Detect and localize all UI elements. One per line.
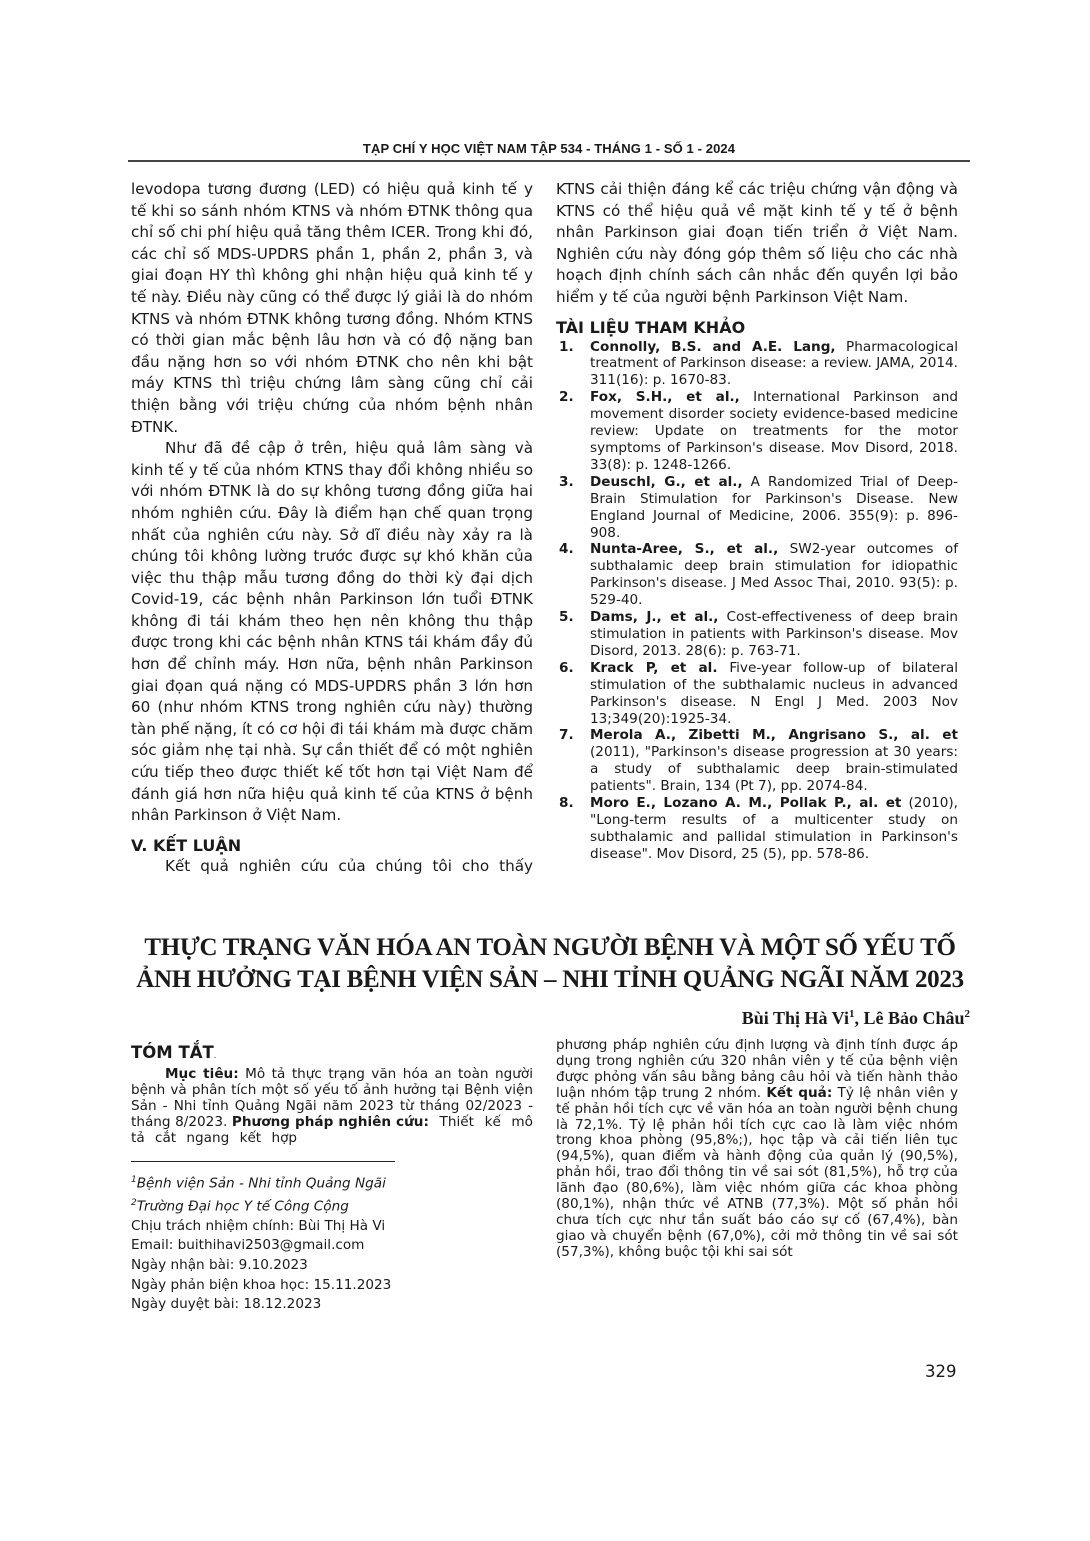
footnotes: 1Bệnh viện Sản - Nhi tỉnh Quảng Ngãi 2Tr… (131, 1171, 533, 1315)
reference-number: 8. (559, 795, 574, 812)
affiliation-text: Trường Đại học Y tế Công Cộng (137, 1198, 349, 1214)
running-header: TẠP CHÍ Y HỌC VIỆT NAM TẬP 534 - THÁNG 1… (128, 141, 970, 162)
reference-authors: Krack P, et al. (590, 660, 718, 676)
references-heading: TÀI LIỆU THAM KHẢO (556, 317, 958, 338)
reference-item: 5.Dams, J., et al., Cost-effectiveness o… (556, 609, 958, 660)
abstract-heading-text: TÓM TẮT (131, 1043, 214, 1062)
article-title: THỰC TRẠNG VĂN HÓA AN TOÀN NGƯỜI BỆNH VÀ… (130, 932, 970, 996)
abstract-method-results: phương pháp nghiên cứu định lượng và địn… (556, 1038, 958, 1261)
discussion-paragraph-1: levodopa tương đương (LED) có hiệu quả k… (131, 179, 533, 438)
abstract-heading-dot: . (214, 1051, 217, 1060)
reference-authors: Moro E., Lozano A. M., Pollak P., al. et (590, 795, 901, 811)
author-affiliation-mark: 2 (965, 1008, 971, 1020)
author-list: Bùi Thị Hà Vi1, Lê Bảo Châu2 (742, 1008, 970, 1029)
affiliation-1: 1Bệnh viện Sản - Nhi tỉnh Quảng Ngãi (131, 1171, 533, 1194)
abstract-heading: TÓM TẮT. (131, 1042, 533, 1067)
reference-number: 7. (559, 727, 574, 744)
affiliation-text: Bệnh viện Sản - Nhi tỉnh Quảng Ngãi (137, 1175, 386, 1191)
discussion-paragraph-2: Như đã đề cập ở trên, hiệu quả lâm sàng … (131, 438, 533, 827)
reference-item: 1.Connolly, B.S. and A.E. Lang, Pharmaco… (556, 339, 958, 390)
reference-item: 4.Nunta-Aree, S., et al., SW2-year outco… (556, 541, 958, 609)
conclusion-paragraph-cont: KTNS cải thiện đáng kể các triệu chứng v… (556, 179, 958, 309)
reference-number: 5. (559, 609, 574, 626)
reference-number: 4. (559, 541, 574, 558)
corresponding-author: Chịu trách nhiệm chính: Bùi Thị Hà Vi (131, 1217, 533, 1237)
reference-authors: Fox, S.H., et al., (590, 389, 740, 405)
right-column: KTNS cải thiện đáng kể các triệu chứng v… (556, 179, 958, 863)
received-date: Ngày nhận bài: 9.10.2023 (131, 1256, 533, 1276)
reference-text: (2011), "Parkinson's disease progression… (590, 744, 958, 794)
reference-number: 6. (559, 660, 574, 677)
article-title-line-2: ẢNH HƯỞNG TẠI BỆNH VIỆN SẢN – NHI TỈNH Q… (130, 964, 970, 996)
reference-number: 1. (559, 339, 574, 356)
abstract-objective: Mục tiêu: Mô tả thực trạng văn hóa an to… (131, 1067, 533, 1147)
reference-number: 2. (559, 389, 574, 406)
reference-number: 3. (559, 474, 574, 491)
page-number: 329 (925, 1362, 957, 1381)
left-column: levodopa tương đương (LED) có hiệu quả k… (131, 179, 533, 877)
reference-list: 1.Connolly, B.S. and A.E. Lang, Pharmaco… (556, 339, 958, 863)
reference-item: 2.Fox, S.H., et al., International Parki… (556, 389, 958, 474)
author-name: Lê Bảo Châu (863, 1008, 964, 1028)
method-label: Phương pháp nghiên cứu: (232, 1114, 429, 1130)
footnote-divider (131, 1161, 395, 1162)
reference-authors: Dams, J., et al., (590, 609, 718, 625)
accepted-date: Ngày duyệt bài: 18.12.2023 (131, 1295, 533, 1315)
reference-authors: Connolly, B.S. and A.E. Lang, (590, 339, 836, 355)
reference-item: 6.Krack P, et al. Five-year follow-up of… (556, 660, 958, 728)
objective-label: Mục tiêu: (165, 1066, 239, 1082)
reviewed-date: Ngày phản biện khoa học: 15.11.2023 (131, 1276, 533, 1296)
article-title-line-1: THỰC TRẠNG VĂN HÓA AN TOÀN NGƯỜI BỆNH VÀ… (130, 932, 970, 964)
abstract-left-column: TÓM TẮT. Mục tiêu: Mô tả thực trạng văn … (131, 1042, 533, 1315)
reference-item: 8.Moro E., Lozano A. M., Pollak P., al. … (556, 795, 958, 863)
result-label: Kết quả: (766, 1085, 832, 1101)
reference-authors: Deuschl, G., et al., (590, 474, 743, 490)
author-name: Bùi Thị Hà Vi (742, 1008, 849, 1028)
conclusion-paragraph-start: Kết quả nghiên cứu của chúng tôi cho thấ… (131, 856, 533, 878)
affiliation-2: 2Trường Đại học Y tế Công Cộng (131, 1194, 533, 1217)
abstract-right-column: phương pháp nghiên cứu định lượng và địn… (556, 1038, 958, 1261)
reference-authors: Merola A., Zibetti M., Angrisano S., al.… (590, 727, 958, 743)
result-text: Tỷ lệ nhân viên y tế phản hồi tích cực v… (556, 1085, 958, 1260)
conclusion-heading: V. KẾT LUẬN (131, 835, 533, 856)
reference-item: 3.Deuschl, G., et al., A Randomized Tria… (556, 474, 958, 542)
reference-authors: Nunta-Aree, S., et al., (590, 541, 778, 557)
reference-item: 7.Merola A., Zibetti M., Angrisano S., a… (556, 727, 958, 795)
contact-email: Email: buithihavi2503@gmail.com (131, 1236, 533, 1256)
